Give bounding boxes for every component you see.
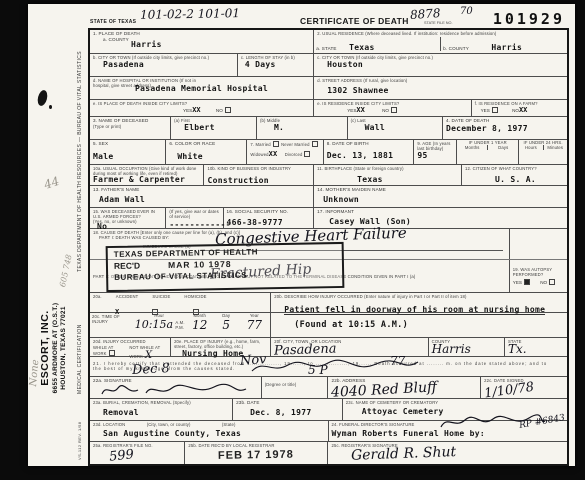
sex-value: Male: [93, 152, 162, 161]
received-stamp: TEXAS DEPARTMENT OF HEALTH REC'DMAR 10 1…: [106, 242, 345, 292]
mother-name-value: Unknown: [323, 195, 564, 204]
certificate-title: CERTIFICATE OF DEATH: [300, 16, 409, 26]
industry-value: Construction: [207, 176, 310, 185]
birthplace-label: 11. BIRTHPLACE (State or foreign country…: [317, 166, 458, 171]
place-limits-yes-label: YES: [183, 108, 192, 113]
industry-label: 10b. KIND OF BUSINESS OR INDUSTRY: [207, 166, 310, 171]
residence-state-value: Texas: [349, 43, 375, 52]
residence-county-label: b. COUNTY: [443, 46, 469, 51]
married-label: Married: [256, 142, 271, 147]
ink-blot: [36, 89, 49, 107]
citizen-value: U. S. A.: [495, 175, 564, 184]
informant-label: 17. INFORMANT: [317, 209, 564, 215]
burial-location-sub: (City, town, or county): [147, 422, 191, 427]
injury-occurred-label: 20d. INJURY OCCURRED: [93, 339, 167, 344]
race-value: White: [177, 152, 243, 161]
date-recd-label: 25b. DATE REC'D BY LOCAL REGISTRAR: [188, 443, 324, 448]
farm-no-mark: XX: [519, 106, 527, 114]
while-at-work-checkbox: [109, 350, 115, 356]
handwritten-day: 5: [214, 318, 239, 332]
divorced-label: Divorced: [285, 152, 303, 157]
handwritten-70: 70: [460, 6, 473, 17]
escort-company-name: ESCORT, INC.: [39, 268, 51, 428]
cemetery-label: 23c. NAME OF CEMETERY OR CREMATORY: [346, 400, 564, 405]
never-married-checkbox: [312, 141, 318, 147]
minutes-label: Minutes: [544, 145, 567, 150]
street-address-label: d. STREET ADDRESS (If rural, give locati…: [317, 78, 564, 83]
accident-section-num: 20a.: [93, 294, 102, 299]
marital-num: 7.: [250, 142, 254, 147]
burial-removal-value: Removal: [103, 408, 229, 417]
place-limits-no-checkbox: [225, 107, 231, 113]
state-of-texas-label: STATE OF TEXAS: [90, 19, 136, 25]
usual-residence-label: 2. USUAL RESIDENCE (Where deceased lived…: [314, 30, 567, 37]
burial-date-label: 23b. DATE: [236, 400, 339, 406]
war-dates-value: ------------: [169, 220, 219, 229]
escort-address-line2: HOUSTON, TEXAS 77021: [60, 268, 67, 428]
date-received-stamp: FEB 17 1978: [218, 448, 324, 462]
physician-signature: [98, 382, 248, 398]
citizen-label: 12. CITIZEN OF WHAT COUNTRY?: [465, 166, 564, 171]
farm-no-label: NO: [512, 108, 519, 113]
burial-removal-label: 23a. BURIAL, CREMATION, REMOVAL (Specify…: [93, 400, 229, 405]
describe-injury-label: 20b. DESCRIBE HOW INJURY OCCURRED (Enter…: [274, 294, 564, 299]
scanned-death-certificate: { "header": { "state": "STATE OF TEXAS",…: [0, 0, 585, 480]
handwritten-state-file-no: 8878: [410, 6, 441, 22]
death-certificate-form: TEXAS DEPARTMENT OF HEALTH RESOURCES — B…: [88, 10, 569, 466]
occupation-value: Farmer & Carpenter: [93, 175, 200, 184]
age-value: 95: [417, 151, 453, 160]
place-limits-no-label: NO: [216, 108, 223, 113]
side-label-form-number: VS-112 REV. 1/58: [77, 402, 82, 460]
last-name-value: Wall: [365, 123, 439, 132]
sex-label: 5. SEX: [93, 141, 162, 147]
pm-label: P.M.: [175, 325, 184, 330]
place-city-value: Pasadena: [103, 60, 234, 69]
race-label: 6. COLOR OR RACE: [169, 141, 243, 147]
pencil-note-none: None: [28, 359, 41, 387]
state-file-no-label: STATE FILE NO.: [424, 21, 453, 25]
hours-label: Hours: [519, 145, 543, 150]
suicide-label: SUICIDE: [152, 294, 170, 299]
found-at-note: (Found at 10:15 A.M.): [294, 320, 564, 330]
side-label-department: TEXAS DEPARTMENT OF HEALTH RESOURCES — B…: [77, 32, 83, 272]
residence-state-label: a. STATE: [316, 46, 336, 51]
accident-label: ACCIDENT: [116, 294, 139, 299]
place-limits-yes-mark: XX: [192, 106, 200, 114]
pencil-note-44: 44: [42, 174, 61, 192]
autopsy-no-label: NO: [540, 280, 547, 285]
father-name-value: Adam Wall: [99, 195, 310, 204]
certificate-number: 101929: [493, 10, 565, 28]
burial-date-value: Dec. 8, 1977: [250, 408, 339, 417]
burial-location-sub2: (State): [222, 422, 236, 427]
handwritten-file-code: 101-02-2 101-01: [140, 6, 240, 22]
place-of-injury-label: 20e. PLACE OF INJURY (e.g., home, farm, …: [174, 339, 267, 349]
mother-name-label: 14. MOTHER'S MAIDEN NAME: [317, 187, 564, 193]
escort-funeral-home-stamp: ESCORT, INC. 6655 ARDMORE AT (O.S.T.) HO…: [39, 268, 67, 428]
farm-yes-label: YES: [481, 108, 490, 113]
physician-certify-scrawl: [250, 358, 420, 376]
married-checkbox: [273, 141, 279, 147]
autopsy-yes-label: YES: [513, 280, 522, 285]
residence-limits-no-label: NO: [382, 108, 389, 113]
side-label-medical-certification: MEDICAL CERTIFICATION: [77, 282, 83, 394]
stamp-recd-label: REC'D: [114, 260, 140, 270]
war-dates-label: (If yes, give war or dates of service): [169, 209, 219, 219]
escort-address-line1: 6655 ARDMORE AT (O.S.T.): [52, 268, 59, 428]
middle-name-value: M.: [274, 123, 344, 132]
farm-yes-checkbox: [492, 107, 498, 113]
handwritten-injury-state: Tx.: [508, 342, 564, 356]
dob-label: 8. DATE OF BIRTH: [327, 141, 411, 147]
ink-speck: [49, 105, 52, 109]
residence-city-value: Houston: [327, 60, 564, 69]
hospital-value: Pasadena Memorial Hospital: [135, 84, 310, 93]
cause-of-death-section: 18. CAUSE OF DEATH [Enter only one cause…: [90, 229, 567, 293]
residence-limits-yes-label: YES: [347, 108, 356, 113]
autopsy-no-checkbox: [549, 279, 555, 285]
months-label: Months: [457, 145, 488, 150]
birthplace-value: Texas: [357, 175, 458, 184]
name-type-or-print: (Type or print): [93, 124, 167, 129]
degree-or-title-label: (Degree or title): [265, 382, 325, 387]
father-name-label: 13. FATHER'S NAME: [93, 187, 310, 193]
ssn-value: 466-38-9777: [227, 218, 311, 227]
pencil-note-numbers: 605 748: [58, 254, 74, 288]
handwritten-year: 77: [239, 318, 271, 332]
burial-location-label: 23d. LOCATION: [93, 422, 125, 427]
stamp-recd-date: MAR 10 1978: [168, 259, 232, 270]
first-name-value: Elbert: [184, 123, 253, 132]
residence-county-value: Harris: [491, 43, 522, 52]
certificate-paper: ESCORT, INC. 6655 ARDMORE AT (O.S.T.) HO…: [28, 4, 575, 466]
street-address-value: 1302 Shawnee: [327, 86, 564, 95]
never-married-label: Never Married: [281, 142, 309, 147]
time-of-injury-label: 20c. TIME OF INJURY: [90, 313, 133, 337]
burial-location-value: San Augustine County, Texas: [103, 429, 325, 438]
divorced-checkbox: [304, 151, 310, 157]
armed-forces-label: 15. WAS DECEASED EVER IN U.S. ARMED FORC…: [93, 209, 162, 219]
place-county-value: Harris: [131, 40, 310, 49]
days-label: Days: [488, 145, 518, 150]
homicide-label: HOMICIDE: [184, 294, 206, 299]
form-header: STATE OF TEXAS 101-02-2 101-01 CERTIFICA…: [88, 10, 569, 28]
widowed-mark: XX: [269, 150, 278, 158]
residence-limits-yes-mark: XX: [356, 106, 364, 114]
age-label: 9. AGE (In years last birthday): [417, 141, 453, 151]
handwritten-injury-county: Harris: [432, 342, 501, 356]
widowed-label: Widowed: [250, 152, 268, 157]
handwritten-month: 12: [186, 318, 214, 332]
length-of-stay-value: 4 Days: [245, 60, 310, 69]
dob-value: Dec. 13, 1881: [327, 151, 411, 160]
ssn-label: 16. SOCIAL SECURITY NO.: [227, 209, 311, 215]
handwritten-attended-to: Dec 8: [132, 361, 171, 378]
stamp-bureau-line: BUREAU OF VITAL STATISTICS: [114, 269, 336, 282]
residence-limits-no-checkbox: [391, 107, 397, 113]
autopsy-label: 19. WAS AUTOPSY PERFORMED?: [513, 267, 564, 277]
form-grid: 1. PLACE OF DEATH a. COUNTY Harris 2. US…: [88, 28, 569, 466]
date-of-death-value: December 8, 1977: [446, 124, 564, 133]
autopsy-yes-checkbox-checked: [524, 279, 530, 285]
